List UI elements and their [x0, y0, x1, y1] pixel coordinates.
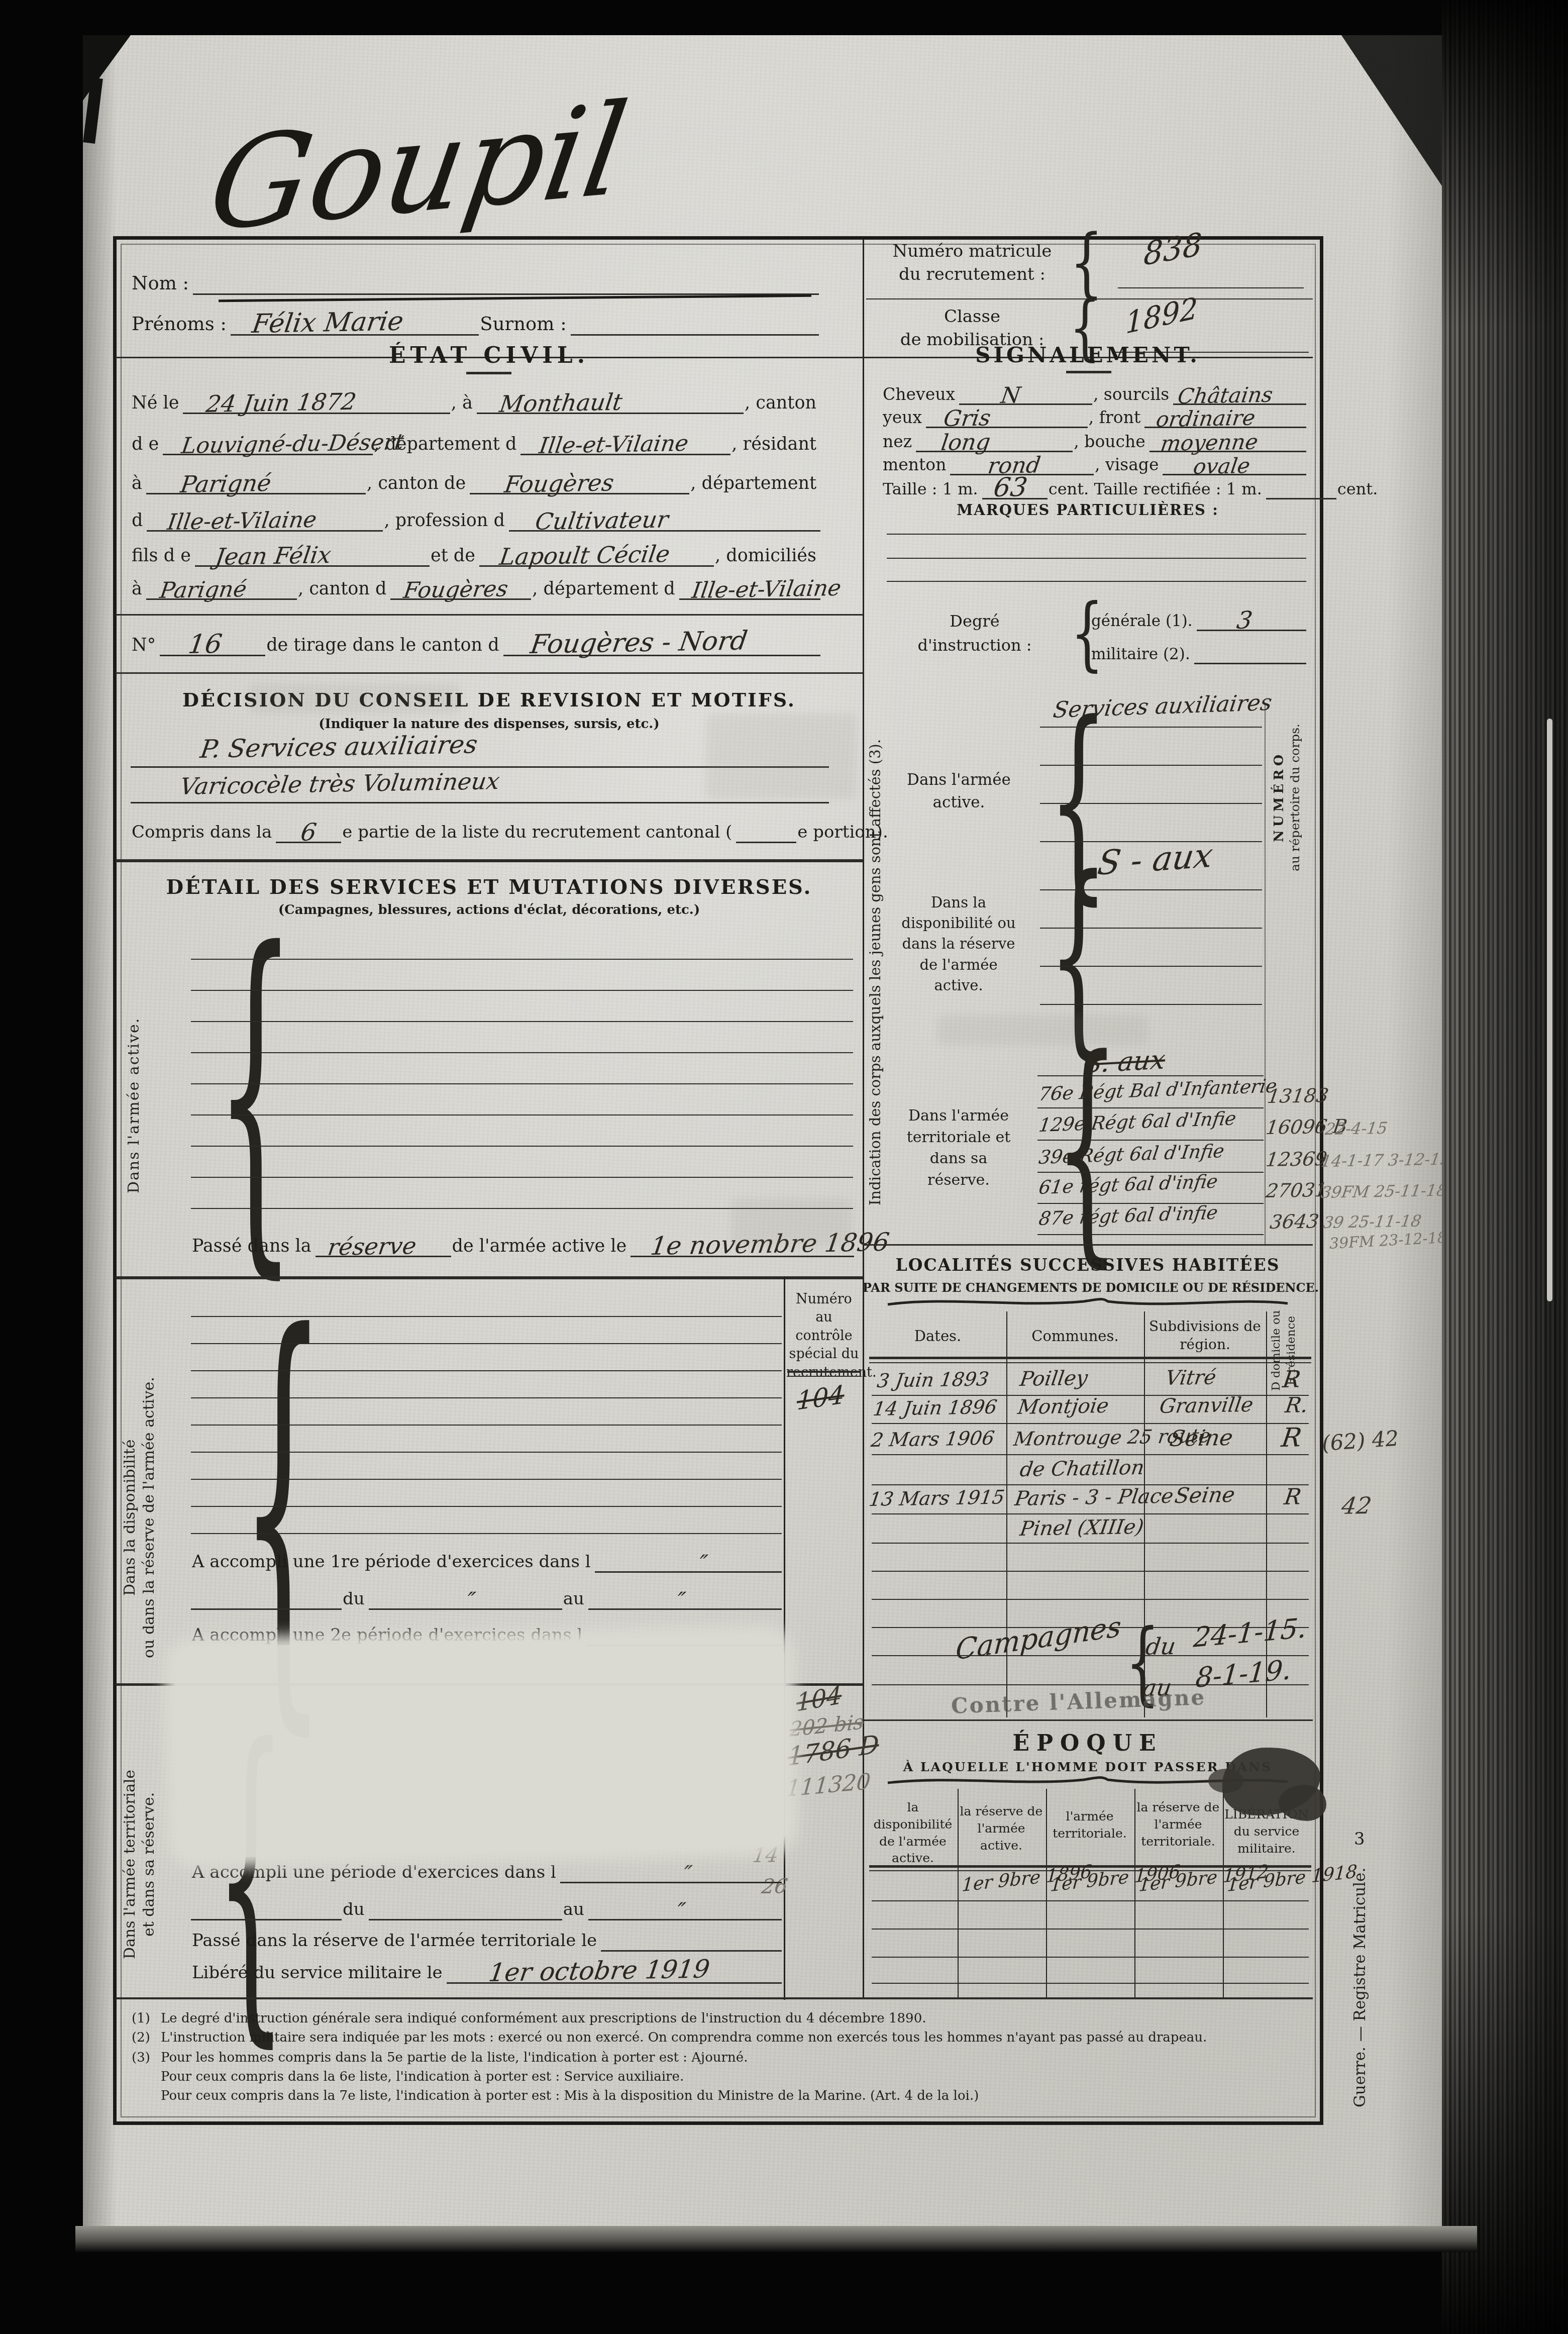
loc-r4-commune2: Pinel (XIIIe): [1018, 1515, 1145, 1541]
ec-label: fils d e: [131, 546, 195, 567]
cd-line: [1040, 889, 1262, 890]
ec-line: Fougères: [470, 466, 689, 494]
ca-line: [1040, 727, 1262, 728]
note-row-5: Pour ceux compris dans la 7e liste, l'in…: [131, 2086, 1306, 2104]
prenoms-value: Félix Marie: [250, 307, 405, 339]
taille-label1: Taille : 1 m.: [882, 479, 982, 499]
ec-row-3: à Parigné , canton de Fougères , départe…: [131, 467, 820, 494]
note-row-3: (3) Pour les hommes compris dans la 5e p…: [131, 2048, 1306, 2066]
ec-value: Louvigné-du-Désert: [180, 429, 405, 459]
ec-label: , canton: [744, 393, 820, 414]
label-terr-1: Dans l'armée territoriale: [121, 1723, 139, 2005]
note-num: (3): [131, 2050, 160, 2066]
note-row-1: (1) Le degré d'instruction générale sera…: [131, 2009, 1306, 2027]
ca-line: [1040, 765, 1262, 766]
bouche-label: , bouche: [1073, 432, 1149, 452]
ec-value: Monthault: [498, 388, 624, 418]
corps-terr-label: Dans l'armée territoriale et dans sa rés…: [901, 1105, 1016, 1191]
ec-row-6: à Parigné , canton d Fougères , départem…: [131, 574, 820, 600]
label-terr-2: et dans sa réserve.: [140, 1723, 158, 2005]
libere-row: Libéré du service militaire le 1er octob…: [191, 1956, 782, 1984]
note-text: Pour ceux compris dans la 7e liste, l'in…: [160, 2088, 983, 2104]
loc-r4-commune: Paris - 3 - Place: [1013, 1485, 1175, 1510]
loc-header-subdiv: Subdivisions de région.: [1149, 1317, 1261, 1354]
ec-value: Parigné: [158, 576, 248, 603]
mq-line: [887, 534, 1306, 535]
matricule-label-l1: Numéro matricule: [887, 240, 1058, 263]
ec-line: 24 Juin 1872: [183, 385, 450, 414]
ep-col-line: [1223, 1789, 1224, 1997]
ec-label: , canton d: [297, 579, 390, 600]
scanned-military-register-page: { "scan": { "side_label": "Guerre. — Reg…: [0, 0, 1568, 2334]
epoque-col-2: la réserve de l'armée active.: [959, 1803, 1043, 1854]
ec-value: Cultivateur: [534, 505, 670, 535]
localites-title: LOCALITÉS SUCCESSIVES HABITÉES: [863, 1255, 1313, 1275]
tduau-line2: ″: [588, 1893, 782, 1920]
ec-value: Jean Félix: [214, 541, 333, 570]
sourcils-line: Châtains: [1173, 380, 1306, 405]
note-num: [131, 2084, 160, 2085]
duau-line0: [191, 1582, 342, 1610]
ec-row-1: Né le 24 Juin 1872 , à Monthault , canto…: [131, 387, 820, 414]
menton-label: menton: [882, 455, 950, 475]
loc-r2-dr: R.: [1284, 1392, 1310, 1417]
generale-label: générale (1).: [1090, 612, 1197, 631]
ec-label: , domiciliés: [714, 546, 820, 567]
note-text: Pour ceux compris dans la 6e liste, l'in…: [160, 2069, 688, 2085]
ec-value: Parigné: [179, 469, 273, 498]
tirage-label2: de tirage dans le canton d: [265, 635, 503, 656]
generale-value: 3: [1235, 606, 1255, 635]
compris-label2: e partie de la liste du recrutement cant…: [341, 822, 736, 843]
cd-line: [1040, 1004, 1262, 1005]
loc-header-dates: Dates.: [869, 1328, 1006, 1345]
epoque-col-3: l'armée territoriale.: [1048, 1808, 1132, 1842]
sv-line: [191, 1021, 853, 1022]
ec-label: , canton de: [366, 473, 470, 494]
ec-label: , à: [450, 393, 477, 414]
passe-label2: de l'armée active le: [451, 1236, 631, 1257]
taille-line1: 63: [982, 474, 1048, 499]
ec-label: , résidant: [730, 434, 820, 455]
ec-value: Fougères: [503, 469, 615, 498]
loc-r4-subdiv: Seine: [1173, 1482, 1236, 1508]
controle-header: Numéro au contrôle spécial du recrutemen…: [786, 1290, 862, 1382]
ep-col-line: [958, 1789, 959, 1997]
sig-row-yeux: yeux Gris , front ordinaire: [882, 405, 1306, 428]
bouche-line: moyenne: [1149, 428, 1306, 452]
tduau-line1: [369, 1893, 562, 1920]
ec-line: Monthault: [477, 385, 744, 414]
cheveux-line: N: [959, 380, 1092, 405]
cheveux-label: Cheveux: [882, 384, 959, 405]
degre-label: Degré d'instruction :: [892, 609, 1058, 657]
signalement-title: SIGNALEMENT.: [863, 343, 1313, 367]
degre-generale-row: générale (1). 3: [1090, 608, 1306, 631]
duau-line2: ″: [588, 1582, 782, 1610]
periode-terr-line: ″: [560, 1856, 782, 1883]
loc-line: [872, 1571, 1309, 1572]
loc-header-rule2: [869, 1362, 1311, 1363]
bleedthrough-smudge: [731, 1198, 852, 1246]
ec-row-4: d Ille-et-Vilaine , profession d Cultiva…: [131, 504, 820, 532]
periode1-line: ″: [595, 1545, 782, 1573]
dp-line: [191, 1316, 782, 1317]
ditto-mark: ″: [697, 1551, 709, 1576]
ec-label: à: [131, 579, 146, 600]
loc-line: [872, 1543, 1309, 1544]
front-label: , front: [1088, 408, 1144, 428]
whiteout-patch: [174, 1635, 789, 1858]
ec-line: Cultivateur: [509, 503, 820, 532]
label-dispo-1: Dans la disponibilité: [121, 1301, 139, 1734]
loc-line: [872, 1599, 1309, 1600]
ca-line: [1040, 803, 1262, 804]
generale-line: 3: [1197, 606, 1306, 631]
loc-r4-margin: 42: [1340, 1492, 1373, 1519]
ec-value: Fougères: [402, 576, 510, 603]
loc-r1-dr: R: [1281, 1365, 1302, 1393]
note-num: (1): [131, 2011, 160, 2027]
dp-line: [191, 1506, 782, 1507]
periode1-label: A accompli une 1re période d'exercices d…: [191, 1552, 595, 1573]
corps-num-1: 13183: [1266, 1084, 1330, 1107]
epoque-col-4: la réserve de l'armée territoriale.: [1136, 1799, 1220, 1850]
ec-label: à: [131, 473, 146, 494]
compris-line: 6: [276, 816, 341, 843]
bleedthrough-smudge: [706, 714, 857, 799]
tirage-line2: Fougères - Nord: [503, 626, 820, 656]
ec-label: , département d: [531, 579, 679, 600]
corps-row-0: S. aux: [1083, 1045, 1167, 1079]
sv-line: [191, 990, 853, 991]
ec-line: Ille-et-Vilaine: [520, 427, 730, 455]
ditto-mark: ″: [675, 1588, 687, 1613]
decision-rule2: [131, 802, 829, 803]
numero-repertoire-1: NUMÉRO: [1272, 734, 1287, 859]
matricule-brace: {: [1070, 234, 1103, 292]
sig-row-cheveux: Cheveux N , sourcils Châtains: [882, 382, 1306, 405]
militaire-line: [1194, 640, 1306, 664]
ec-label: , département: [689, 473, 820, 494]
note-text: L'instruction militaire sera indiquée pa…: [160, 2030, 1211, 2046]
etat-civil-rule: [466, 372, 511, 374]
ec-value: Ille-et-Vilaine: [538, 431, 690, 459]
ec-line: Ille-et-Vilaine: [679, 572, 820, 600]
prenoms-row: Prénoms : Félix Marie Surnom :: [131, 307, 819, 336]
corps-active-label: Dans l'armée active.: [905, 769, 1013, 814]
corps-date-4: 39FM 25-11-18: [1320, 1181, 1442, 1202]
passe-line1: réserve: [316, 1229, 451, 1257]
loc-line: [872, 1454, 1309, 1455]
loc-line: [872, 1423, 1309, 1424]
surnom-label: Surnom :: [479, 313, 570, 336]
decision-rule-heavy: [116, 859, 863, 862]
ep-col-line: [1046, 1789, 1047, 1997]
book-bottom-stack: [75, 2226, 1477, 2252]
sig-row-menton: menton rond , visage ovale: [882, 452, 1306, 475]
visage-line: ovale: [1163, 451, 1306, 475]
loc-line: [872, 1655, 1309, 1656]
classe-label-l1: Classe: [887, 306, 1058, 329]
section-rule-dispo: [116, 1276, 863, 1279]
sv-line: [191, 1052, 853, 1053]
ec-label: d: [131, 511, 147, 532]
duau-line1: ″: [369, 1582, 562, 1610]
label-dispo-2: ou dans la réserve de l'armée active.: [140, 1301, 158, 1734]
note-text: Pour les hommes compris dans la 5e parti…: [160, 2050, 752, 2066]
campagnes-du: du: [1144, 1633, 1178, 1660]
dp-line: [191, 1425, 782, 1426]
epoque-top-rule: [863, 1719, 1313, 1721]
au-label: au: [562, 1899, 588, 1920]
corps-num-4: 27031: [1265, 1179, 1328, 1202]
tirage-number: 16: [186, 629, 224, 660]
matricule-label: Numéro matricule du recrutement :: [887, 240, 1058, 286]
ec-value: 24 Juin 1872: [204, 388, 358, 418]
libere-line: 1er octobre 1919: [447, 1954, 782, 1984]
dp-line: [191, 1397, 782, 1398]
loc-r1-commune: Poilley: [1018, 1367, 1089, 1391]
ep-line: [872, 1900, 1309, 1901]
side-imprint-number: 3: [1354, 1829, 1365, 1849]
du-label: du: [342, 1589, 369, 1610]
loc-header-communes: Communes.: [1006, 1328, 1144, 1345]
ep-line: [872, 1983, 1309, 1984]
matricule-line: [1118, 287, 1304, 288]
label-armee-active: Dans l'armée active.: [125, 985, 143, 1226]
compris-row: Compris dans la 6 e partie de la liste d…: [131, 817, 829, 843]
corps-date-5: 39 25-11-18: [1322, 1211, 1423, 1232]
loc-r3-margin: (62) 42: [1321, 1426, 1400, 1456]
corps-num-3: 12369: [1265, 1148, 1328, 1171]
compris-value: 6: [299, 818, 319, 847]
ec-line: Ille-et-Vilaine: [147, 503, 383, 532]
mq-line: [887, 558, 1306, 559]
localites-subtitle: PAR SUITE DE CHANGEMENTS DE DOMICILE OU …: [863, 1280, 1313, 1295]
sig-row-nez: nez long , bouche moyenne: [882, 429, 1306, 452]
loc-r2-subdiv: Granville: [1158, 1393, 1255, 1418]
side-imprint: Guerre. — Registre Matricule.: [1351, 1859, 1369, 2115]
periode1-duau-row: du ″ au ″: [191, 1584, 782, 1610]
note-num: [131, 2103, 160, 2104]
note-text: Le degré d'instruction générale sera ind…: [160, 2011, 930, 2027]
ec-line: Fougères: [390, 572, 531, 600]
corps-date-3: 14-1-17 3-12-19: [1320, 1150, 1442, 1171]
loc-r3-commune2: de Chatillon: [1018, 1456, 1146, 1481]
flourish-rule: [887, 1295, 1289, 1308]
dp-line: [191, 1452, 782, 1453]
tirage-rule-bottom: [116, 672, 863, 674]
passe-terr-line: [601, 1924, 782, 1952]
ec-value: Ille-et-Vilaine: [690, 575, 843, 603]
dp-line: [191, 1533, 782, 1534]
taille-label3: cent.: [1336, 479, 1382, 499]
ec-label: Né le: [131, 393, 183, 414]
decision-title: DÉCISION DU CONSEIL DE REVISION ET MOTIF…: [116, 688, 863, 711]
dp-line: [191, 1479, 782, 1480]
degre-militaire-row: militaire (2).: [1090, 641, 1306, 664]
dp-line: [191, 1370, 782, 1371]
ep-line: [872, 1929, 1309, 1930]
ep-col-line: [1134, 1789, 1135, 1997]
tduau-line0: [191, 1893, 342, 1920]
nom-row: Nom :: [131, 264, 819, 295]
prenoms-line: Félix Marie: [231, 305, 479, 336]
bleedthrough-smudge: [937, 1015, 1148, 1045]
menton-line: rond: [950, 451, 1094, 475]
notes-top-rule: [116, 1997, 1313, 1999]
degre-l2: d'instruction :: [892, 633, 1058, 657]
ec-row-5: fils d e Jean Félix et de Lapoult Cécile…: [131, 540, 820, 567]
taille-label2: cent. Taille rectifiée : 1 m.: [1048, 479, 1266, 499]
corps-side-label: Indication des corps auxquels les jeunes…: [867, 703, 884, 1241]
loc-header-dr-1: D domicile ou: [1270, 1310, 1283, 1391]
passe-terr-label: Passé dans la réserve de l'armée territo…: [191, 1931, 601, 1952]
loc-r2-date: 14 Juin 1896: [872, 1396, 998, 1420]
degre-l1: Degré: [892, 609, 1058, 633]
passe-terr-row: Passé dans la réserve de l'armée territo…: [191, 1925, 782, 1952]
periode-terr-duau: du au ″: [191, 1894, 782, 1920]
militaire-label: militaire (2).: [1090, 645, 1194, 664]
nom-line: [193, 262, 819, 295]
ink-blot-3: [1208, 1769, 1243, 1793]
periode1-row: A accompli une 1re période d'exercices d…: [191, 1547, 782, 1573]
tirage-row: N° 16 de tirage dans le canton d Fougère…: [131, 627, 820, 656]
ec-line: Louvigné-du-Désert: [163, 427, 373, 455]
ep-line: [872, 1957, 1309, 1958]
visage-label: , visage: [1094, 455, 1163, 475]
sv-line: [191, 1177, 853, 1178]
signature-goupil: Goupil: [200, 76, 636, 259]
loc-r4-date: 13 Mars 1915: [868, 1486, 1006, 1510]
ct-line: [1037, 1140, 1264, 1141]
loc-r2-commune: Montjoie: [1016, 1394, 1110, 1419]
taille-line2: [1266, 474, 1336, 499]
periode-terr-label: A accompli une période d'exercices dans …: [191, 1862, 560, 1883]
decision-line2: Varicocèle très Volumineux: [178, 767, 501, 800]
controle-header-rule2: [787, 1376, 861, 1377]
corps-dispo-label: Dans la disponibilité ou dans la réserve…: [901, 892, 1016, 996]
ec-line: Parigné: [146, 466, 366, 494]
yeux-label: yeux: [882, 408, 926, 428]
du-label: du: [342, 1899, 369, 1920]
note-row-2: (2) L'instruction militaire sera indiqué…: [131, 2028, 1306, 2046]
ec-label: et de: [430, 546, 479, 567]
register-page: Goupil Nom : Prénoms : Félix Marie Surno…: [83, 35, 1442, 2226]
sourcils-label: , sourcils: [1092, 384, 1173, 405]
surnom-line: [571, 305, 819, 336]
mq-line: [887, 581, 1306, 582]
scan-corner-topright: [1341, 35, 1442, 186]
ec-line: Lapoult Cécile: [479, 538, 714, 567]
corps-date-2: 22-4-15: [1324, 1119, 1389, 1139]
periode-terr-row: A accompli une période d'exercices dans …: [191, 1857, 782, 1883]
cd-line: [1040, 966, 1262, 967]
tirage-rule-top: [116, 614, 863, 616]
prenoms-label: Prénoms :: [131, 313, 231, 336]
ditto-mark: ″: [682, 1861, 694, 1887]
signalement-rule: [1066, 371, 1111, 373]
passe-value1: réserve: [326, 1232, 418, 1261]
numero-repertoire-2: au répertoire du corps.: [1288, 715, 1302, 880]
sig-row-taille: Taille : 1 m. 63 cent. Taille rectifiée …: [882, 475, 1306, 499]
marques-title: MARQUES PARTICULIÈRES :: [863, 501, 1313, 519]
taille-value: 63: [992, 472, 1029, 503]
etat-civil-title: ÉTAT CIVIL.: [116, 343, 863, 368]
note-num: (2): [131, 2030, 160, 2046]
compris-label1: Compris dans la: [131, 822, 276, 843]
front-line: ordinaire: [1144, 403, 1306, 428]
cd-line: [1040, 928, 1262, 929]
yeux-line: Gris: [926, 403, 1088, 428]
localites-top-rule: [863, 1244, 1313, 1246]
libere-value: 1er octobre 1919: [487, 1954, 711, 1987]
compris-line2: [736, 816, 796, 843]
bleedthrough-smudge: [249, 683, 460, 714]
ditto-mark: ″: [675, 1898, 687, 1924]
nez-line: long: [916, 428, 1073, 452]
ec-label: d e: [131, 434, 163, 455]
corps-num-5: 3643: [1269, 1210, 1320, 1233]
note-row-4: Pour ceux compris dans la 6e liste, l'in…: [131, 2067, 1306, 2085]
matricule-label-l2: du recrutement :: [887, 263, 1058, 286]
au-label: au: [562, 1589, 588, 1610]
tirage-canton: Fougères - Nord: [529, 626, 750, 660]
ditto-mark: ″: [465, 1588, 477, 1613]
loc-header-rule1: [869, 1357, 1311, 1359]
page-edge-highlight: [1547, 719, 1552, 1301]
tirage-label: N°: [131, 635, 160, 656]
decision-line1: P. Services auxiliaires: [198, 730, 479, 764]
ct-line: [1037, 1234, 1264, 1235]
loc-line: [872, 1513, 1309, 1514]
dp-line: [191, 1343, 782, 1344]
loc-line: [872, 1484, 1309, 1485]
nez-label: nez: [882, 432, 916, 452]
tirage-line: 16: [160, 626, 265, 656]
loc-r1-date: 3 Juin 1893: [876, 1368, 990, 1392]
ec-row-2: d e Louvigné-du-Désert , département d I…: [131, 428, 820, 455]
loc-r1-subdiv: Vitré: [1164, 1366, 1218, 1390]
ec-line: Parigné: [146, 572, 297, 600]
loc-r3-subdiv: Seine: [1168, 1425, 1234, 1452]
nom-label: Nom :: [131, 272, 193, 295]
libere-label: Libéré du service militaire le: [191, 1963, 447, 1984]
controle-header-rule1: [787, 1371, 861, 1373]
ec-label: , profession d: [383, 511, 508, 532]
corps-date-extra: 39FM 23-12-18: [1329, 1229, 1442, 1253]
ec-value: Lapoult Cécile: [498, 540, 672, 570]
loc-r3-date: 2 Mars 1906: [870, 1427, 996, 1451]
sv-line: [191, 1083, 853, 1084]
epoque-col-1: la disponibilité de l'armée active.: [871, 1799, 955, 1867]
ec-value: Ille-et-Vilaine: [166, 507, 319, 535]
sv-line: [191, 1114, 853, 1115]
ec-line: Jean Félix: [195, 538, 430, 567]
sv-line: [191, 1146, 853, 1147]
sv-line: [191, 959, 853, 960]
